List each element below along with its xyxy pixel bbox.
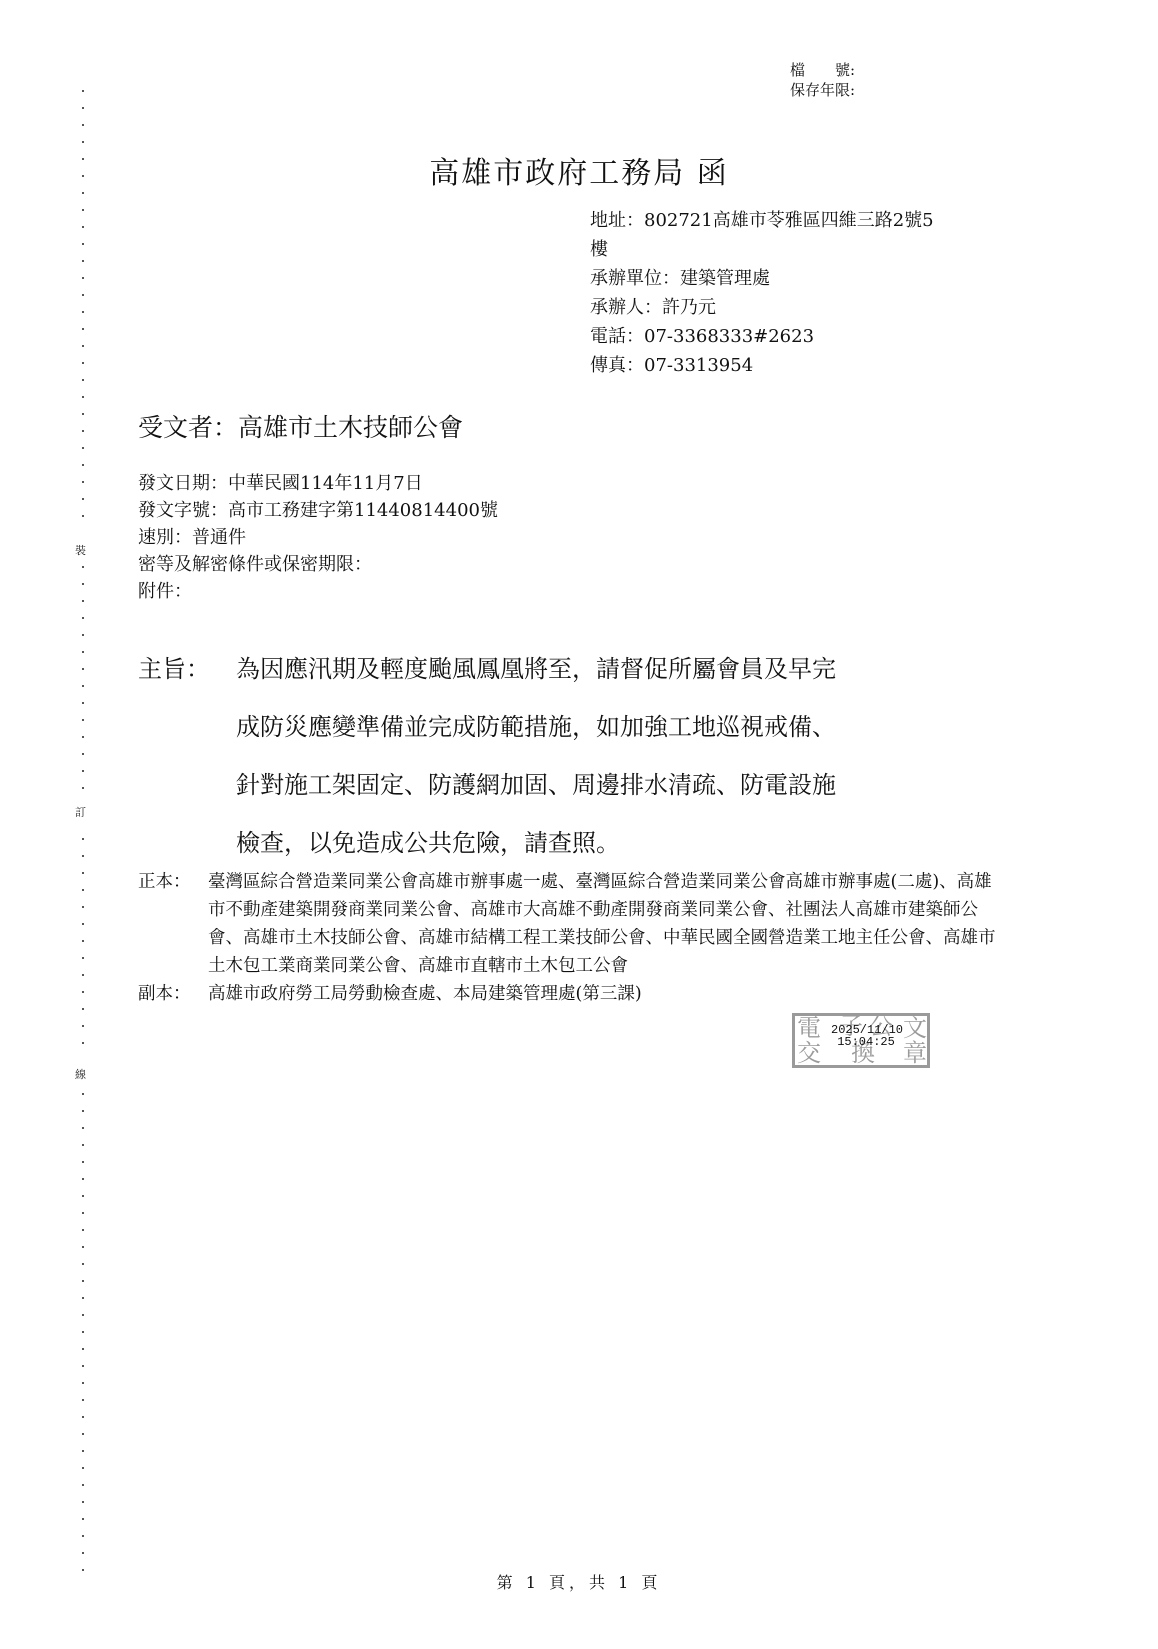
file-number-label: 檔 號: xyxy=(790,60,855,80)
binding-dot xyxy=(82,1212,84,1214)
binding-dot xyxy=(82,413,84,415)
binding-dot xyxy=(82,1110,84,1112)
phone: 電話：07-3368333#2623 xyxy=(590,322,934,351)
document-title: 高雄市政府工務局 函 xyxy=(0,148,1158,192)
binding-dot xyxy=(82,838,84,840)
archive-info: 檔 號: 保存年限: xyxy=(790,60,855,100)
binding-dot xyxy=(82,430,84,432)
binding-dot xyxy=(82,1195,84,1197)
binding-dot xyxy=(82,362,84,364)
binding-dot xyxy=(82,668,84,670)
stamp-time: 15:04:25 xyxy=(831,1036,901,1048)
attachment: 附件： xyxy=(138,578,498,605)
binding-dot xyxy=(82,464,84,466)
binding-dot xyxy=(82,141,84,143)
distribution-section: 正本：臺灣區綜合營造業同業公會高雄市辦事處一處、臺灣區綜合營造業同業公會高雄市辦… xyxy=(138,868,998,1008)
binding-dot xyxy=(82,379,84,381)
subject-line: 成防災應變準備並完成防範措施，如加強工地巡視戒備、 xyxy=(138,698,836,756)
stamp-char: 章 xyxy=(903,1040,927,1066)
binding-dot xyxy=(82,1246,84,1248)
binding-dot xyxy=(82,294,84,296)
binding-dot xyxy=(82,1552,84,1554)
binding-dot xyxy=(82,1161,84,1163)
speed-class: 速別：普通件 xyxy=(138,524,498,551)
subject-section: 主旨：為因應汛期及輕度颱風鳳凰將至，請督促所屬會員及早完 成防災應變準備並完成防… xyxy=(138,640,836,872)
binding-dot xyxy=(82,515,84,517)
binding-dot xyxy=(82,753,84,755)
binding-dot xyxy=(82,1178,84,1180)
primary-recipients: 臺灣區綜合營造業同業公會高雄市辦事處一處、臺灣區綜合營造業同業公會高雄市辦事處(… xyxy=(208,868,998,980)
binding-dot xyxy=(82,719,84,721)
binding-dot xyxy=(82,600,84,602)
subject-label: 主旨： xyxy=(138,640,236,698)
binding-dot xyxy=(82,481,84,483)
binding-dot xyxy=(82,158,84,160)
handling-unit: 承辦單位：建築管理處 xyxy=(590,264,934,293)
document-meta: 發文日期：中華民國114年11月7日 發文字號：高市工務建字第114408144… xyxy=(138,470,498,605)
binding-dot xyxy=(82,651,84,653)
subject-line: 檢查，以免造成公共危險，請查照。 xyxy=(138,814,836,872)
binding-line: 裝 訂 線 xyxy=(78,90,88,1580)
binding-dot xyxy=(82,991,84,993)
binding-dot xyxy=(82,1144,84,1146)
binding-dot xyxy=(82,1365,84,1367)
binding-dot xyxy=(82,260,84,262)
binding-dot xyxy=(82,702,84,704)
binding-dot xyxy=(82,1008,84,1010)
binding-dot xyxy=(82,124,84,126)
stamp-datetime: 2025/11/10 15:04:25 xyxy=(831,1024,901,1048)
binding-dot xyxy=(82,1348,84,1350)
binding-dot xyxy=(82,1280,84,1282)
fax: 傳真：07-3313954 xyxy=(590,351,934,380)
binding-dot xyxy=(82,770,84,772)
binding-dot xyxy=(82,192,84,194)
binding-dot xyxy=(82,226,84,228)
binding-dot xyxy=(82,311,84,313)
binding-dot xyxy=(82,1399,84,1401)
binding-dot xyxy=(82,209,84,211)
binding-dot xyxy=(82,1229,84,1231)
binding-dot xyxy=(82,1382,84,1384)
binding-dot xyxy=(82,175,84,177)
binding-dot xyxy=(82,1501,84,1503)
binding-dot xyxy=(82,940,84,942)
binding-dot xyxy=(82,1331,84,1333)
binding-dot xyxy=(82,634,84,636)
binding-dot xyxy=(82,923,84,925)
binding-dot xyxy=(82,1450,84,1452)
binding-dot xyxy=(82,1433,84,1435)
stamp-char: 文 xyxy=(903,1015,927,1041)
binding-dot xyxy=(82,566,84,568)
binding-dot xyxy=(82,1535,84,1537)
binding-dot xyxy=(82,685,84,687)
binding-dot xyxy=(82,736,84,738)
issue-date: 發文日期：中華民國114年11月7日 xyxy=(138,470,498,497)
binding-dot xyxy=(82,243,84,245)
binding-dot xyxy=(82,1484,84,1486)
binding-dot xyxy=(82,1467,84,1469)
binding-dot xyxy=(82,1416,84,1418)
retention-period-label: 保存年限: xyxy=(790,80,855,100)
binding-dot xyxy=(82,1025,84,1027)
stamp-char: 交 xyxy=(797,1040,821,1066)
document-number: 發文字號：高市工務建字第11440814400號 xyxy=(138,497,498,524)
binding-dot xyxy=(82,855,84,857)
binding-dot xyxy=(82,447,84,449)
address-line-1: 地址：802721高雄市苓雅區四維三路2號5 xyxy=(590,206,934,235)
binding-dot xyxy=(82,396,84,398)
electronic-exchange-stamp: 電 子 公 文 交 換 章 2025/11/10 15:04:25 xyxy=(792,1013,930,1068)
binding-dot xyxy=(82,1314,84,1316)
binding-label-order: 訂 xyxy=(75,804,86,820)
binding-dot xyxy=(82,1093,84,1095)
binding-dot xyxy=(82,90,84,92)
secrecy-level: 密等及解密條件或保密期限： xyxy=(138,551,498,578)
subject-line: 為因應汛期及輕度颱風鳳凰將至，請督促所屬會員及早完 xyxy=(236,655,836,683)
handling-person: 承辦人：許乃元 xyxy=(590,293,934,322)
primary-recipients-label: 正本： xyxy=(138,868,208,896)
binding-dot xyxy=(82,583,84,585)
page-footer: 第 1 頁，共 1 頁 xyxy=(0,1570,1158,1593)
binding-dot xyxy=(82,974,84,976)
copy-recipients: 高雄市政府勞工局勞動檢查處、本局建築管理處(第三課) xyxy=(208,984,642,1004)
binding-dot xyxy=(82,872,84,874)
binding-dot xyxy=(82,1042,84,1044)
recipient: 受文者：高雄市土木技師公會 xyxy=(138,408,463,444)
binding-dot xyxy=(82,498,84,500)
binding-dot xyxy=(82,345,84,347)
address-line-2: 樓 xyxy=(590,235,934,264)
binding-dot xyxy=(82,889,84,891)
binding-dot xyxy=(82,1263,84,1265)
binding-dot xyxy=(82,906,84,908)
binding-dot xyxy=(82,1518,84,1520)
binding-label-line: 線 xyxy=(75,1066,86,1082)
contact-block: 地址：802721高雄市苓雅區四維三路2號5 樓 承辦單位：建築管理處 承辦人：… xyxy=(590,206,934,380)
binding-dot xyxy=(82,277,84,279)
subject-line: 針對施工架固定、防護網加固、周邊排水清疏、防電設施 xyxy=(138,756,836,814)
binding-dot xyxy=(82,107,84,109)
binding-dot xyxy=(82,617,84,619)
binding-label-bind: 裝 xyxy=(75,542,86,558)
binding-dot xyxy=(82,787,84,789)
binding-dot xyxy=(82,328,84,330)
binding-dot xyxy=(82,957,84,959)
binding-dot xyxy=(82,1297,84,1299)
binding-dot xyxy=(82,1127,84,1129)
copy-recipients-label: 副本： xyxy=(138,980,208,1008)
stamp-char: 電 xyxy=(797,1015,821,1041)
